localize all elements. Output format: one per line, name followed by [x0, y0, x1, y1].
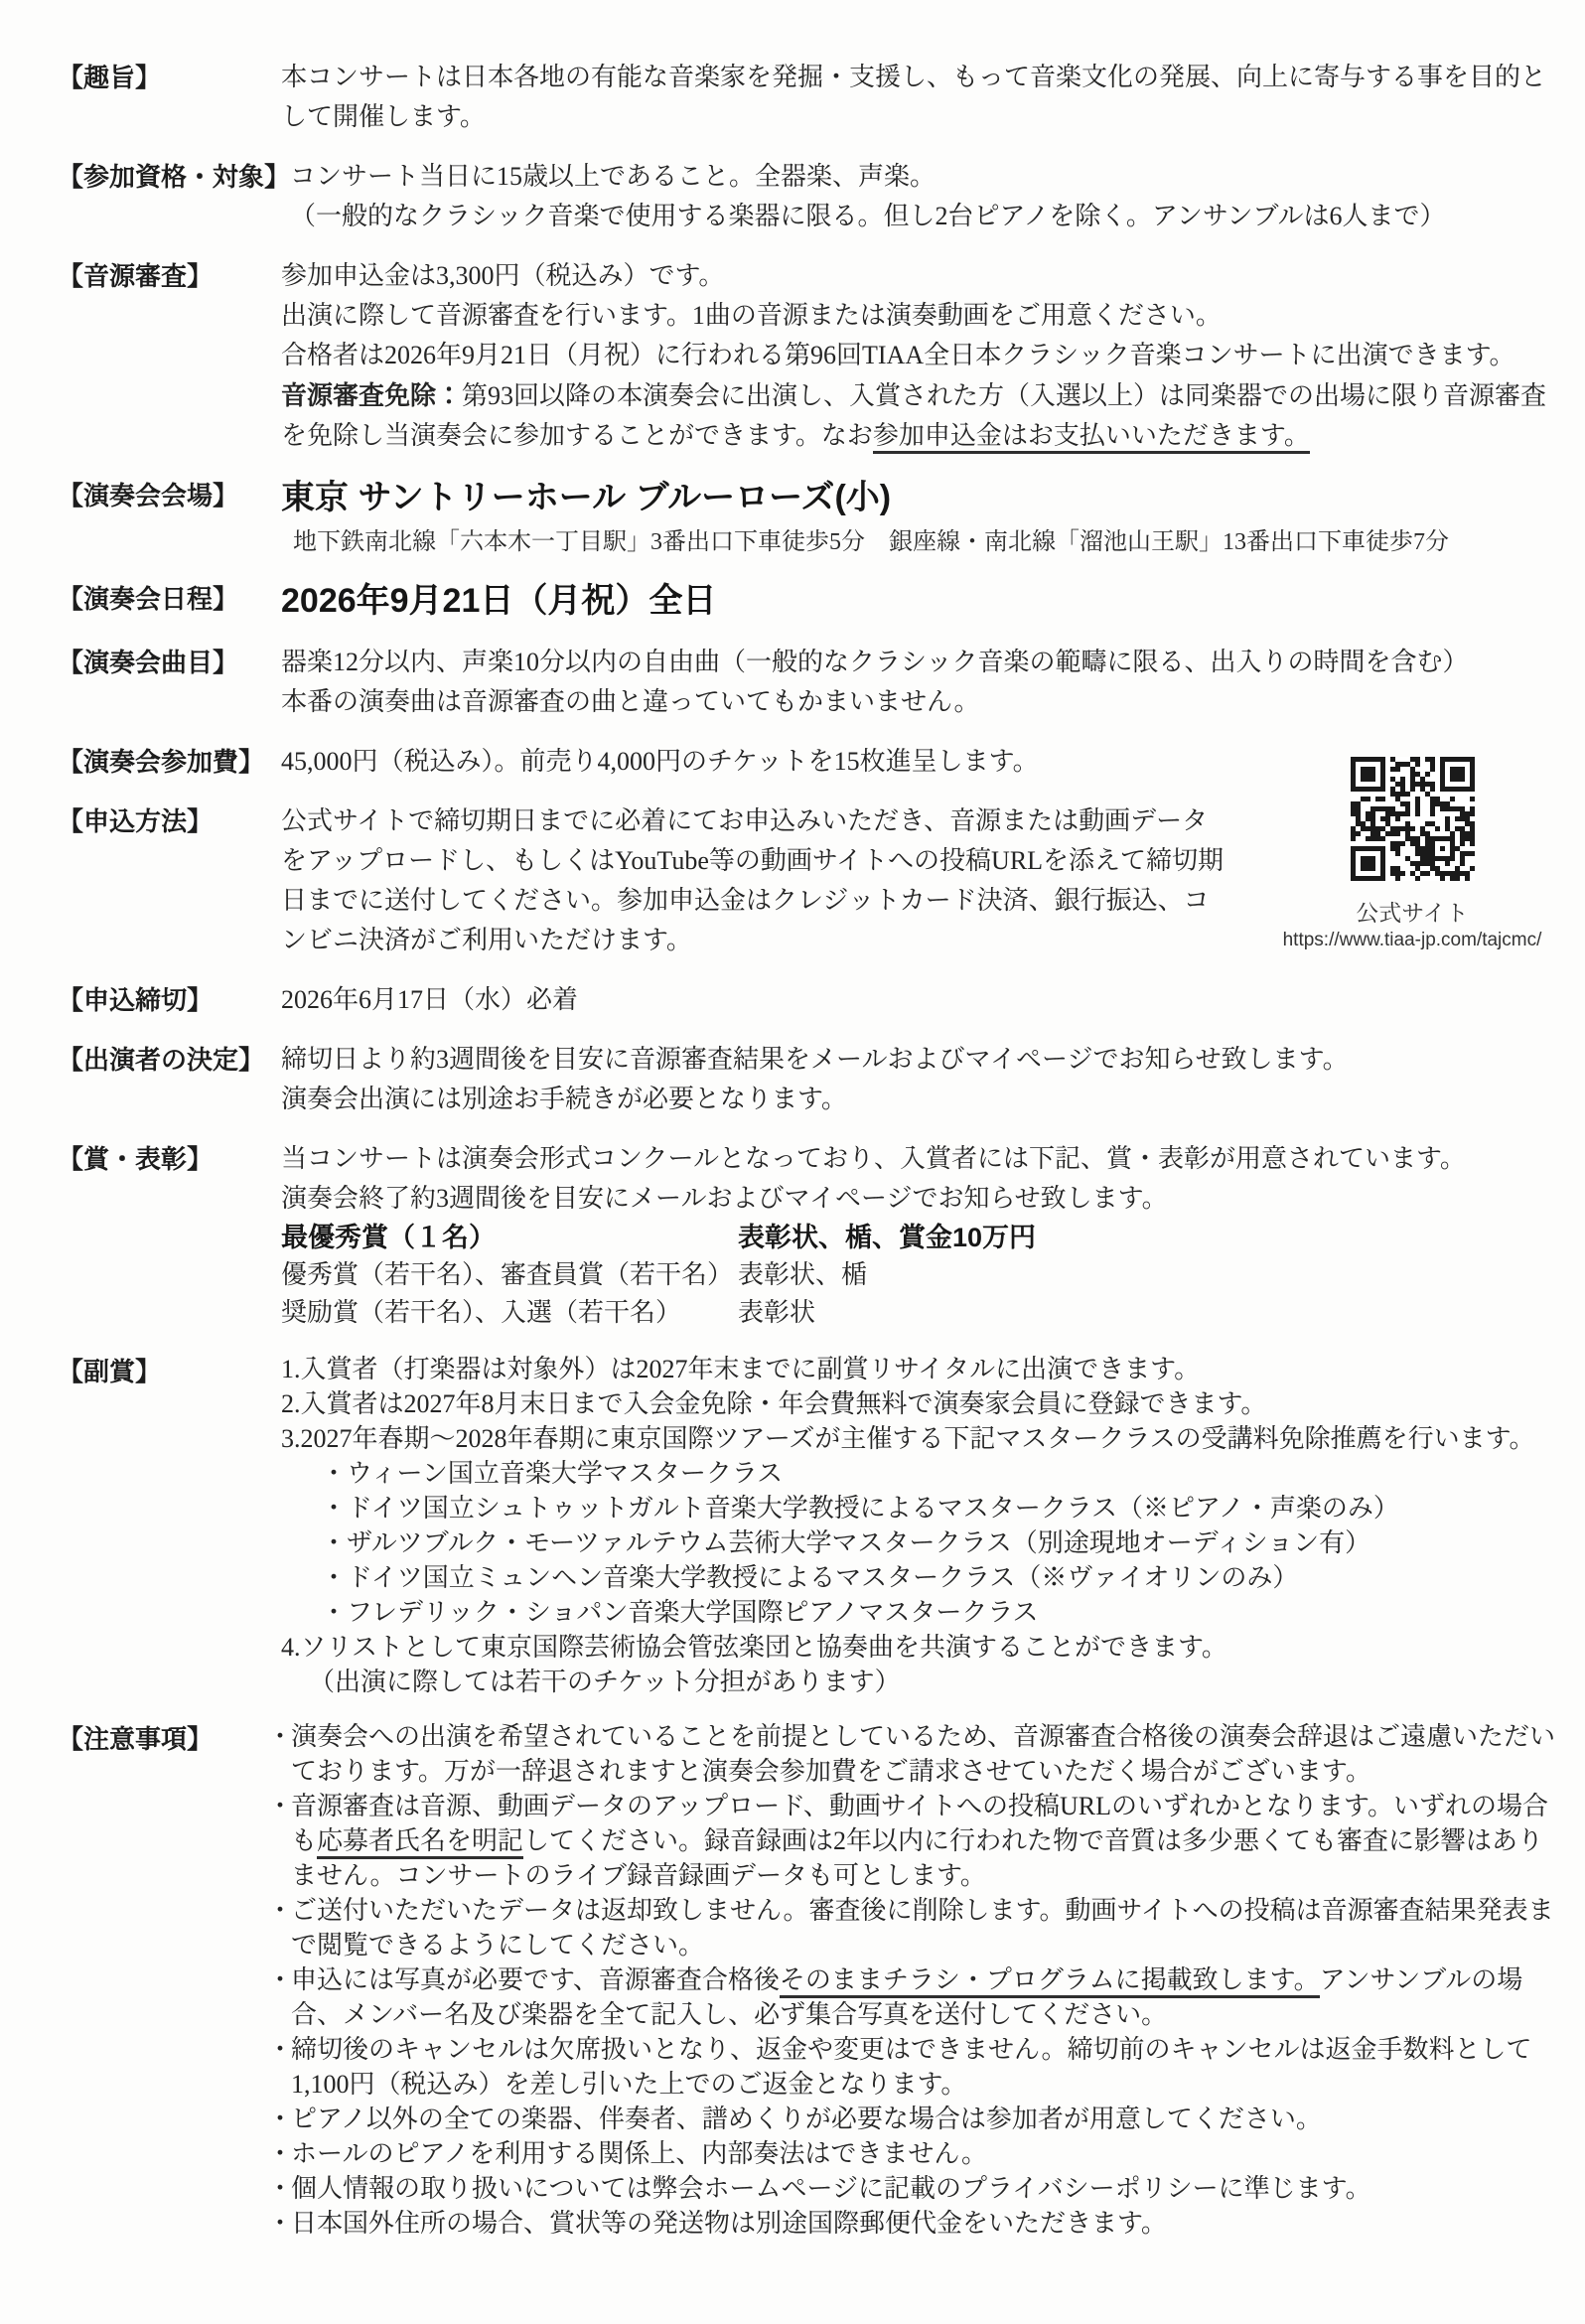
- extra-prizes-content: 1.入賞者（打楽器は対象外）は2027年末までに副賞リサイタルに出演できます。 …: [281, 1352, 1559, 1699]
- award-row-excellence: 優秀賞（若干名）、審査員賞（若干名） 表彰状、楯: [281, 1256, 1559, 1294]
- venue-name: 東京 サントリーホール ブルーローズ(小): [281, 476, 1559, 519]
- extra-prize-item-3: 3.2027年春期～2028年春期に東京国際ツアーズが主催する下記マスタークラス…: [281, 1421, 1559, 1456]
- award-row-encouragement: 奨励賞（若干名）、入選（若干名） 表彰状: [281, 1294, 1559, 1332]
- program-text: 器楽12分以内、声楽10分以内の自由曲（一般的なクラシック音楽の範疇に限る、出入…: [281, 643, 1559, 722]
- date-label: 【演奏会日程】: [58, 579, 281, 619]
- note-text-segment: 日本国外住所の場合、賞状等の発送物は別途国際郵便代金をいただきます。: [291, 2209, 1167, 2238]
- note-text-segment: 申込には写真が必要です、音源審査合格後: [291, 1965, 780, 1994]
- note-item: ・演奏会への出演を希望されていることを前提としているため、音源審査合格後の演奏会…: [267, 1719, 1559, 1789]
- award-name: 奨励賞（若干名）、入選（若干名）: [281, 1294, 738, 1332]
- notes-label: 【注意事項】: [58, 1719, 281, 1759]
- awards-content: 当コンサートは演奏会形式コンクールとなっており、入賞者には下記、賞・表彰が用意さ…: [281, 1139, 1559, 1332]
- extra-prize-item-1: 1.入賞者（打楽器は対象外）は2027年末までに副賞リサイタルに出演できます。: [281, 1352, 1559, 1386]
- bullet-glyph: ・: [267, 2171, 293, 2206]
- section-date: 【演奏会日程】 2026年9月21日（月祝）全日: [58, 579, 1559, 623]
- award-name: 優秀賞（若干名）、審査員賞（若干名）: [281, 1256, 738, 1294]
- section-purpose: 【趣旨】 本コンサートは日本各地の有能な音楽家を発掘・支援し、もって音楽文化の発…: [58, 58, 1559, 137]
- purpose-text: 本コンサートは日本各地の有能な音楽家を発掘・支援し、もって音楽文化の発展、向上に…: [281, 58, 1559, 137]
- masterclass-list: ・ウィーン国立音楽大学マスタークラス・ドイツ国立シュトゥットガルト音楽大学教授に…: [281, 1456, 1559, 1630]
- note-item: ・ピアノ以外の全ての楽器、伴奏者、譜めくりが必要な場合は参加者が用意してください…: [267, 2102, 1559, 2136]
- selection-label: 【出演者の決定】: [58, 1040, 281, 1080]
- bullet-glyph: ・: [267, 2206, 293, 2241]
- section-program: 【演奏会曲目】 器楽12分以内、声楽10分以内の自由曲（一般的なクラシック音楽の…: [58, 643, 1559, 722]
- date-content: 2026年9月21日（月祝）全日: [281, 579, 1559, 623]
- qr-block: 公式サイト https://www.tiaa-jp.com/tajcmc/: [1263, 757, 1561, 951]
- qr-caption: 公式サイト: [1263, 895, 1561, 928]
- note-text-segment: ホールのピアノを利用する関係上、内部奏法はできません。: [291, 2139, 987, 2168]
- award-row-grand: 最優秀賞（１名） 表彰状、楯、賞金10万円: [281, 1219, 1559, 1256]
- eligibility-label: 【参加資格・対象】: [58, 157, 290, 197]
- eligibility-line-1: コンサート当日に15歳以上であること。全器楽、声楽。: [290, 157, 1559, 197]
- masterclass-item: ・ザルツブルク・モーツァルテウム芸術大学マスタークラス（別途現地オーディション有…: [321, 1525, 1559, 1560]
- notes-list: ・演奏会への出演を希望されていることを前提としているため、音源審査合格後の演奏会…: [267, 1719, 1559, 2241]
- masterclass-item: ・ドイツ国立ミュンヘン音楽大学教授によるマスタークラス（※ヴァイオリンのみ）: [321, 1560, 1559, 1595]
- section-awards: 【賞・表彰】 当コンサートは演奏会形式コンクールとなっており、入賞者には下記、賞…: [58, 1139, 1559, 1332]
- note-text-segment: ご送付いただいたデータは返却致しません。審査後に削除します。動画サイトへの投稿は…: [291, 1896, 1554, 1960]
- fee-label: 【演奏会参加費】: [58, 742, 281, 782]
- audition-exemption-underline: 参加申込金はお支払いいただきます。: [873, 421, 1310, 454]
- awards-line-2: 演奏会終了約3週間後を目安にメールおよびマイページでお知らせ致します。: [281, 1179, 1559, 1219]
- section-deadline: 【申込締切】 2026年6月17日（水）必着: [58, 980, 1559, 1020]
- audition-line-3: 合格者は2026年9月21日（月祝）に行われる第96回TIAA全日本クラシック音…: [281, 336, 1559, 375]
- notes-content: ・演奏会への出演を希望されていることを前提としているため、音源審査合格後の演奏会…: [281, 1719, 1559, 2241]
- program-line-1: 器楽12分以内、声楽10分以内の自由曲（一般的なクラシック音楽の範疇に限る、出入…: [281, 643, 1559, 682]
- qr-code: [1351, 757, 1475, 881]
- application-label: 【申込方法】: [58, 801, 281, 841]
- note-text-segment: そのままチラシ・プログラムに掲載致します。: [780, 1965, 1320, 1998]
- audition-line-2: 出演に際して音源審査を行います。1曲の音源または演奏動画をご用意ください。: [281, 296, 1559, 336]
- bullet-glyph: ・: [267, 2032, 293, 2067]
- eligibility-text: コンサート当日に15歳以上であること。全器楽、声楽。 （一般的なクラシック音楽で…: [290, 157, 1559, 236]
- note-text-segment: 個人情報の取り扱いについては弊会ホームページに記載のプライバシーポリシーに準じま…: [291, 2174, 1371, 2203]
- bullet-glyph: ・: [267, 1893, 293, 1928]
- bullet-glyph: ・: [267, 1719, 293, 1754]
- venue-label: 【演奏会会場】: [58, 476, 281, 515]
- note-item: ・申込には写真が必要です、音源審査合格後そのままチラシ・プログラムに掲載致します…: [267, 1962, 1559, 2032]
- note-text-segment: ・ドイツ国立ミュンヘン音楽大学教授によるマスタークラス（※ヴァイオリンのみ）: [321, 1563, 1298, 1592]
- note-item: ・日本国外住所の場合、賞状等の発送物は別途国際郵便代金をいただきます。: [267, 2206, 1559, 2241]
- bullet-glyph: ・: [267, 2102, 293, 2136]
- audition-line-1: 参加申込金は3,300円（税込み）です。: [281, 256, 1559, 296]
- selection-text: 締切日より約3週間後を目安に音源審査結果をメールおよびマイページでお知らせ致しま…: [281, 1040, 1559, 1119]
- section-eligibility: 【参加資格・対象】 コンサート当日に15歳以上であること。全器楽、声楽。 （一般…: [58, 157, 1559, 236]
- purpose-label: 【趣旨】: [58, 58, 281, 97]
- note-item: ・音源審査は音源、動画データのアップロード、動画サイトへの投稿URLのいずれかと…: [267, 1789, 1559, 1893]
- selection-line-2: 演奏会出演には別途お手続きが必要となります。: [281, 1080, 1559, 1119]
- section-notes: 【注意事項】 ・演奏会への出演を希望されていることを前提としているため、音源審査…: [58, 1719, 1559, 2241]
- audition-exemption-label: 音源審査免除：: [281, 380, 462, 410]
- note-item: ・ご送付いただいたデータは返却致しません。審査後に削除します。動画サイトへの投稿…: [267, 1893, 1559, 1962]
- application-text: 公式サイトで締切期日までに必着にてお申込みいただき、音源または動画データをアップ…: [281, 801, 1232, 960]
- section-selection: 【出演者の決定】 締切日より約3週間後を目安に音源審査結果をメールおよびマイペー…: [58, 1040, 1559, 1119]
- note-text-segment: ・ドイツ国立シュトゥットガルト音楽大学教授によるマスタークラス（※ピアノ・声楽の…: [321, 1494, 1399, 1523]
- bullet-glyph: ・: [267, 1962, 293, 1997]
- note-item: ・ホールのピアノを利用する関係上、内部奏法はできません。: [267, 2136, 1559, 2171]
- selection-line-1: 締切日より約3週間後を目安に音源審査結果をメールおよびマイページでお知らせ致しま…: [281, 1040, 1559, 1080]
- concert-date: 2026年9月21日（月祝）全日: [281, 579, 1559, 623]
- venue-access: 地下鉄南北線「六本木一丁目駅」3番出口下車徒歩5分 銀座線・南北線「溜池山王駅」…: [281, 525, 1559, 559]
- note-text-segment: ・フレデリック・ショパン音楽大学国際ピアノマスタークラス: [321, 1598, 1039, 1627]
- audition-label: 【音源審査】: [58, 256, 281, 296]
- extra-prizes-label: 【副賞】: [58, 1352, 281, 1391]
- document-page: 【趣旨】 本コンサートは日本各地の有能な音楽家を発掘・支援し、もって音楽文化の発…: [0, 0, 1585, 2324]
- note-text-segment: 応募者氏名を明記: [317, 1826, 523, 1859]
- award-name: 最優秀賞（１名）: [281, 1219, 738, 1256]
- note-text-segment: 演奏会への出演を希望されていることを前提としているため、音源審査合格後の演奏会辞…: [291, 1722, 1555, 1786]
- audition-exemption: 音源審査免除：第93回以降の本演奏会に出演し、入賞された方（入選以上）は同楽器で…: [281, 375, 1559, 456]
- section-audition: 【音源審査】 参加申込金は3,300円（税込み）です。 出演に際して音源審査を行…: [58, 256, 1559, 456]
- program-label: 【演奏会曲目】: [58, 643, 281, 682]
- note-text-segment: 締切後のキャンセルは欠席扱いとなり、返金や変更はできません。締切前のキャンセルは…: [291, 2035, 1532, 2099]
- section-venue: 【演奏会会場】 東京 サントリーホール ブルーローズ(小) 地下鉄南北線「六本木…: [58, 476, 1559, 559]
- awards-line-1: 当コンサートは演奏会形式コンクールとなっており、入賞者には下記、賞・表彰が用意さ…: [281, 1139, 1559, 1179]
- award-prize: 表彰状: [738, 1294, 1559, 1332]
- deadline-text: 2026年6月17日（水）必着: [281, 980, 1559, 1020]
- masterclass-item: ・ウィーン国立音楽大学マスタークラス: [321, 1456, 1559, 1491]
- masterclass-item: ・フレデリック・ショパン音楽大学国際ピアノマスタークラス: [321, 1595, 1559, 1630]
- eligibility-line-2: （一般的なクラシック音楽で使用する楽器に限る。但し2台ピアノを除く。アンサンブル…: [290, 197, 1559, 236]
- masterclass-item: ・ドイツ国立シュトゥットガルト音楽大学教授によるマスタークラス（※ピアノ・声楽の…: [321, 1491, 1559, 1525]
- note-text-segment: ・ザルツブルク・モーツァルテウム芸術大学マスタークラス（別途現地オーディション有…: [321, 1528, 1370, 1557]
- venue-content: 東京 サントリーホール ブルーローズ(小) 地下鉄南北線「六本木一丁目駅」3番出…: [281, 476, 1559, 559]
- note-text-segment: ・ウィーン国立音楽大学マスタークラス: [321, 1459, 783, 1488]
- awards-label: 【賞・表彰】: [58, 1139, 281, 1179]
- qr-url: https://www.tiaa-jp.com/tajcmc/: [1263, 930, 1561, 951]
- bullet-glyph: ・: [267, 2136, 293, 2171]
- extra-prize-item-4: 4.ソリストとして東京国際芸術協会管弦楽団と協奏曲を共演することができます。: [281, 1630, 1559, 1665]
- audition-text: 参加申込金は3,300円（税込み）です。 出演に際して音源審査を行います。1曲の…: [281, 256, 1559, 456]
- award-prize: 表彰状、楯: [738, 1256, 1559, 1294]
- extra-prize-item-4-note: （出演に際しては若干のチケット分担があります）: [281, 1665, 1559, 1699]
- note-item: ・個人情報の取り扱いについては弊会ホームページに記載のプライバシーポリシーに準じ…: [267, 2171, 1559, 2206]
- deadline-label: 【申込締切】: [58, 980, 281, 1020]
- program-line-2: 本番の演奏曲は音源審査の曲と違っていてもかまいません。: [281, 682, 1559, 722]
- extra-prize-item-2: 2.入賞者は2027年8月末日まで入会金免除・年会費無料で演奏家会員に登録できま…: [281, 1386, 1559, 1421]
- bullet-glyph: ・: [267, 1789, 293, 1823]
- note-text-segment: ピアノ以外の全ての楽器、伴奏者、譜めくりが必要な場合は参加者が用意してください。: [291, 2105, 1322, 2133]
- award-prize: 表彰状、楯、賞金10万円: [738, 1219, 1559, 1256]
- note-item: ・締切後のキャンセルは欠席扱いとなり、返金や変更はできません。締切前のキャンセル…: [267, 2032, 1559, 2102]
- section-extra-prizes: 【副賞】 1.入賞者（打楽器は対象外）は2027年末までに副賞リサイタルに出演で…: [58, 1352, 1559, 1699]
